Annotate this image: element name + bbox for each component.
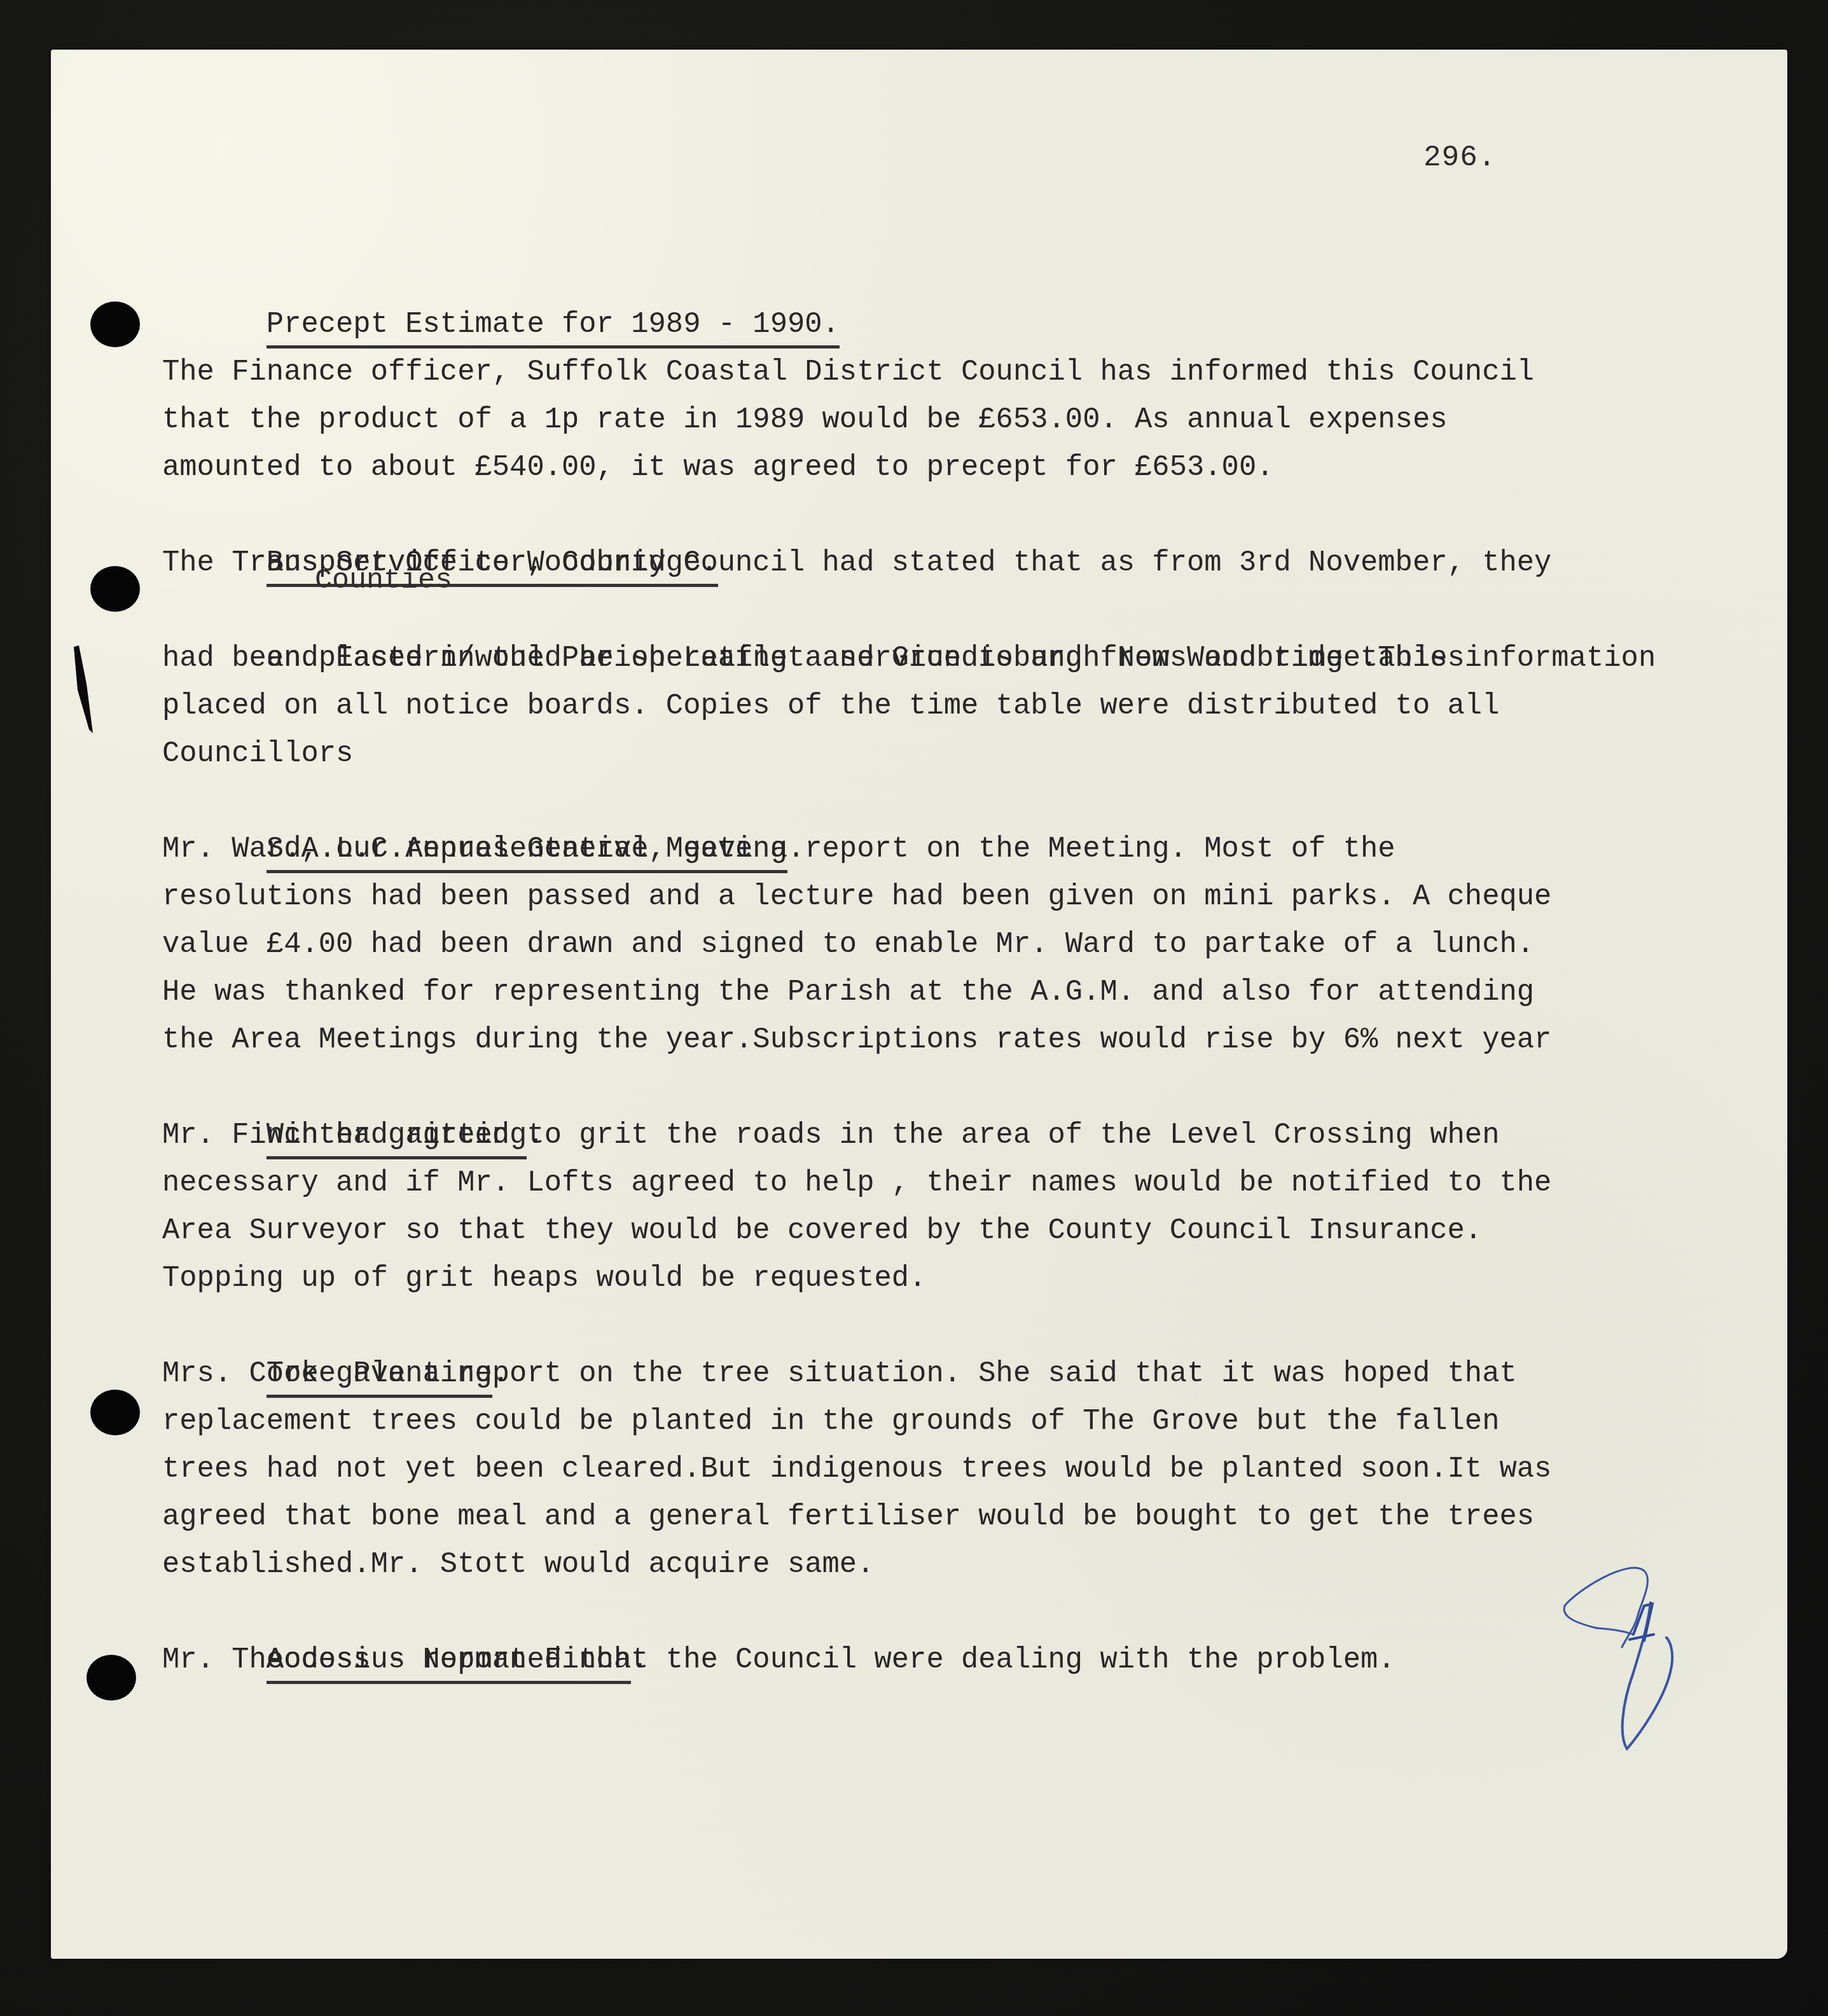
text-line: the Area Meetings during the year.Subscr…	[162, 1016, 1721, 1064]
section-heading: Tree Planting.	[162, 1302, 1721, 1350]
punch-hole-icon	[90, 301, 140, 347]
text-line: agreed that bone meal and a general fert…	[162, 1493, 1721, 1541]
text-line: Mr. Ward, our representative, gave a rep…	[162, 825, 1721, 873]
signature-icon	[1558, 1545, 1698, 1762]
typed-insertion: Counties	[315, 568, 452, 593]
section-heading: Access - Norman Finch.	[162, 1589, 1721, 1636]
text-line: Area Surveyor so that they would be cove…	[162, 1207, 1721, 1255]
punch-hole-icon	[87, 1655, 136, 1701]
text-line: Topping up of grit heaps would be reques…	[162, 1255, 1721, 1302]
text-line-with-insertion: and Eastern/would be operating a service…	[162, 587, 1721, 635]
text-line: trees had not yet been cleared.But indig…	[162, 1446, 1721, 1493]
scanned-document: 296. Precept Estimate for 1989 - 1990. T…	[0, 0, 1828, 2016]
text-line: Mrs. Cook gave a report on the tree situ…	[162, 1350, 1721, 1398]
text-line: amounted to about £540.00, it was agreed…	[162, 444, 1721, 492]
text-line: established.Mr. Stott would acquire same…	[162, 1541, 1721, 1589]
text-line: that the product of a 1p rate in 1989 wo…	[162, 396, 1721, 444]
text-line: Mr. Theodosius reported that the Council…	[162, 1636, 1721, 1684]
punch-hole-icon	[90, 1390, 140, 1435]
section-heading: Bus Service to Woodbridge.	[162, 492, 1721, 539]
section-heading: S.A.L.C.Annual General Meeting.	[162, 778, 1721, 825]
text-line: placed on all notice boards. Copies of t…	[162, 682, 1721, 730]
text-line: resolutions had been passed and a lectur…	[162, 873, 1721, 921]
minutes-body: Precept Estimate for 1989 - 1990. The Fi…	[162, 253, 1721, 1684]
text-line: had been placed in the Parish Leaflet an…	[162, 635, 1721, 682]
tear-mark-icon	[71, 646, 93, 735]
heading-precept-estimate: Precept Estimate for 1989 - 1990.	[267, 305, 840, 349]
section-heading: Winter gritting.	[162, 1064, 1721, 1112]
text-line: Councillors	[162, 730, 1721, 778]
text-line: The Finance officer, Suffolk Coastal Dis…	[162, 349, 1721, 396]
section-heading: Precept Estimate for 1989 - 1990.	[162, 253, 1721, 301]
text-line: replacement trees could be planted in th…	[162, 1398, 1721, 1446]
text-line: Mr. Finch had agreed to grit the roads i…	[162, 1112, 1721, 1159]
text-line: He was thanked for representing the Pari…	[162, 969, 1721, 1016]
page-number: 296.	[1423, 141, 1496, 174]
punch-hole-icon	[90, 566, 140, 612]
text-line: value £4.00 had been drawn and signed to…	[162, 921, 1721, 969]
text-line: necessary and if Mr. Lofts agreed to hel…	[162, 1159, 1721, 1207]
